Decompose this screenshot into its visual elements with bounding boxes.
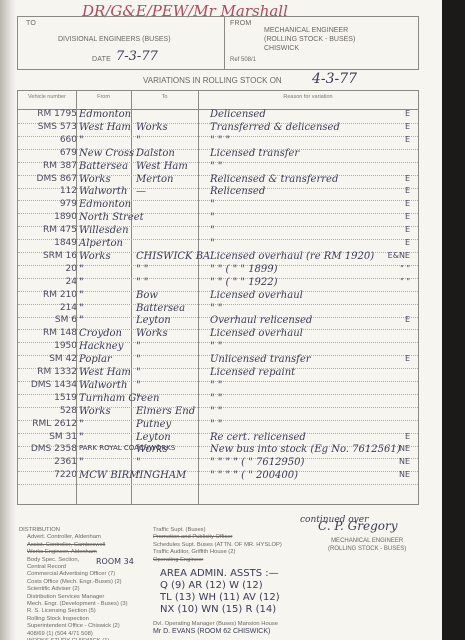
vehicle-cell: 112 [60,186,77,196]
reason-cell: Re cert. relicensed [210,432,306,443]
to-cell: " [136,135,141,146]
from-cell: " [79,303,84,314]
reason-cell: Licensed transfer [210,148,299,159]
vehicle-cell: 7220 [54,470,77,480]
to-cell: Elmers End [136,406,195,417]
vehicle-cell: DMS 1434 [31,380,77,390]
from-cell: Works [79,251,111,262]
reason-cell: " " [210,419,222,430]
to-cell: " [136,393,141,404]
code-cell: E [405,199,410,208]
area-admin-row: NX (10) WN (15) R (14) [160,604,280,616]
distribution-item: R. S. Licensing Section (5) [19,608,128,615]
reason-cell: " " [210,303,222,314]
to-cell: Works [136,444,168,455]
vehicle-cell: DMS 867 [37,174,77,184]
page-title: VARIATIONS IN ROLLING STOCK ON [143,76,282,85]
vehicle-cell: 1950 [54,341,77,351]
code-cell: E [405,186,410,195]
reason-cell: " " ( " " 1899) [210,264,278,275]
reason-cell: Relicensed & transferred [210,174,338,185]
reason-cell: Licensed repaint [210,367,295,378]
reason-cell: " " [210,161,222,172]
vehicle-cell: 528 [60,406,77,416]
table-row: 1890North Street"E [18,214,418,227]
code-cell: E [405,109,410,118]
to-cell: Putney [136,419,171,430]
vehicle-cell: 214 [60,303,77,313]
table-row: 112Walworth—RelicensedE [18,188,418,201]
vehicle-cell: 979 [60,199,77,209]
table-row: RM 475Willesden"E [18,227,418,240]
from-cell: West Ham [79,367,131,378]
from-cell: Hackney [79,341,123,352]
vehicle-cell: SM 6 [55,315,77,325]
from-cell: Croydon [79,328,122,339]
room-note: ROOM 34 [96,557,134,566]
from-cell: Walworth [79,186,127,197]
code-cell: NE [399,470,410,479]
code-cell: E [405,122,410,131]
reason-cell: " " [210,393,222,404]
vehicle-cell: 24 [66,277,77,287]
from-line: (ROLLING STOCK - BUSES) [264,35,355,44]
secondary-distribution-item: Promotion and Publicity Officer [153,534,282,541]
from-address: MECHANICAL ENGINEER (ROLLING STOCK - BUS… [264,26,355,53]
to-cell: " [136,380,141,391]
distribution-list: DISTRIBUTION Advert. Controller, Aldenha… [19,527,128,640]
vehicle-cell: RM 1795 [37,109,77,119]
vehicle-cell: 679 [60,148,77,158]
distribution-item: Mech. Engr. (Development - Buses) (3) [19,601,128,608]
vehicle-cell: RM 148 [43,328,77,338]
reason-cell: Transferred & delicensed [210,122,340,133]
code-cell: NE [399,457,410,466]
date-label: DATE [92,56,111,63]
area-admin-row: Q (9) AR (12) W (12) [160,580,280,592]
document-page: DR/G&E/PEW/Mr Marshall TO DIVISIONAL ENG… [0,0,442,640]
from-cell: New Cross [79,148,134,159]
vehicle-cell: RML 2612 [32,419,77,429]
distribution-item: Superintendent Office - Chiswick (2) [19,623,128,630]
code-cell: E [405,315,410,324]
from-cell: MCW BIRMINGHAM [79,470,186,481]
reason-cell: " " " " ( " 200400) [210,470,298,481]
binder-edge [0,0,16,640]
reason-cell: " [210,238,215,249]
from-line: CHISWICK [264,44,355,53]
distribution-heading: DISTRIBUTION [19,527,128,534]
code-cell: E [405,174,410,183]
vehicle-cell: DMS 2358 [31,444,77,454]
from-cell: " [79,135,84,146]
footer-line: Mr D. EVANS (ROOM 62 CHISWICK) [153,628,278,635]
from-line: MECHANICAL ENGINEER [264,26,355,35]
from-cell: " [79,315,84,326]
signature-title-line: (ROLLING STOCK - BUSES) [328,545,406,553]
distribution-item: 408/69 (1) (504 4/71 508) [19,631,128,638]
secondary-distribution-item: Operating Engineer [153,557,282,564]
distribution-item: Works Engineer, Aldenham [19,549,128,556]
from-cell: Edmonton [79,109,131,120]
from-cell: Walworth [79,380,127,391]
from-cell: " [79,264,84,275]
table-row: 7220MCW BIRMINGHAM"" " " " ( " 200400)NE [18,472,418,485]
vehicle-cell: RM 475 [43,225,77,235]
from-cell: Poplar [79,354,112,365]
header-divider [224,17,225,69]
reason-cell: " [210,199,215,210]
variations-table: Vehicle number From To Reason for variat… [17,90,419,505]
code-cell: E [405,432,410,441]
reason-cell: " " [210,380,222,391]
header-box: TO DIVISIONAL ENGINEERS (BUSES) DATE 7-3… [17,16,419,70]
from-cell: " [79,432,84,443]
code-cell: E [405,354,410,363]
from-cell: " [79,419,84,430]
reason-cell: " " " [210,135,230,146]
variations-date: 4-3-77 [312,71,357,87]
secondary-distribution-items: Traffic Supt. (Buses)Promotion and Publi… [153,527,282,564]
to-cell: CHISWICK BA [136,251,210,262]
to-cell: " " [136,264,148,275]
to-cell: Works [136,122,168,133]
vehicle-cell: SMS 573 [38,122,77,132]
signature: C. P. Gregory [318,519,398,533]
to-cell: " [136,470,141,481]
distribution-item: Costs Office (Mech. Engr.-Buses) (2) [19,579,128,586]
to-label: TO [26,20,36,27]
area-admin-block: AREA ADMIN. ASSTS :— Q (9) AR (12) W (12… [160,568,280,616]
to-cell: — [136,186,146,197]
from-cell: North Street [79,212,144,223]
area-admin-row: TL (13) WH (11) AV (12) [160,592,280,604]
reason-cell: Licensed overhaul [210,328,303,339]
code-cell: NE [399,444,410,453]
from-label: FROM [230,20,251,27]
vehicle-cell: 20 [66,264,77,274]
from-cell: Works [79,406,111,417]
to-cell: " [136,367,141,378]
distribution-item: Scientific Adviser (2) [19,586,128,593]
vehicle-cell: 1890 [54,212,77,222]
reason-cell: Unlicensed transfer [210,354,311,365]
vehicle-cell: 1519 [54,393,77,403]
to-cell: Bow [136,290,158,301]
to-cell: Dalston [136,148,175,159]
vehicle-cell: RM 387 [43,161,77,171]
from-cell: " [79,457,84,468]
from-cell: " [79,277,84,288]
reason-cell: " " [210,406,222,417]
from-cell: Willesden [79,225,129,236]
reference-number: Ref 508/1 [230,57,256,63]
code-cell: E [405,135,410,144]
signature-title: MECHANICAL ENGINEER (ROLLING STOCK - BUS… [328,537,406,553]
code-cell: E [405,212,410,221]
distribution-item: Distribution Services Manager [19,594,128,601]
vehicle-cell: 1849 [54,238,77,248]
to-cell: " [136,457,141,468]
signature-title-line: MECHANICAL ENGINEER [328,537,406,545]
distribution-item: Advert. Controller, Aldenham [19,534,128,541]
from-cell: Battersea [79,161,128,172]
reason-cell: Overhaul relicensed [210,315,312,326]
from-cell: " [79,290,84,301]
from-cell: West Ham [79,122,131,133]
code-cell: " " [400,264,410,273]
code-cell: " " [400,277,410,286]
reason-cell: Licensed overhaul [210,290,303,301]
reason-cell: " [210,212,215,223]
reason-cell: Delicensed [210,109,266,120]
date-value: 7-3-77 [116,49,158,64]
reason-cell: Relicensed [210,186,265,197]
distribution-item: Rolling Stock Inspection [19,616,128,623]
to-cell: " " [136,277,148,288]
to-cell: " [136,341,141,352]
reason-cell: " " ( " " 1922) [210,277,278,288]
distribution-items: Advert. Controller, AldenhamAssist. Cont… [19,534,128,640]
vehicle-cell: RM 210 [43,290,77,300]
to-cell: " [136,354,141,365]
from-cell: Edmonton [79,199,131,210]
table-row: 979Edmonton"E [18,201,418,214]
vehicle-cell: RM 1332 [37,367,77,377]
vehicle-cell: 660 [60,135,77,145]
reason-cell: New bus into stock (Eg No. 7612561) [210,444,401,455]
secondary-distribution: Traffic Supt. (Buses)Promotion and Publi… [153,527,282,564]
from-cell: Works [79,174,111,185]
code-cell: E&NE [388,251,410,260]
reason-cell: " " " " ( " 7612950) [210,457,304,468]
to-cell: Merton [136,174,173,185]
footer-lines: Dvl. Operating Manager (Buses) Mansion H… [153,621,278,636]
secondary-distribution-item: Traffic Supt. (Buses) [153,527,282,534]
to-cell: Battersea [136,303,185,314]
to-cell: Leyton [136,432,171,443]
vehicle-cell: SM 31 [49,432,77,442]
from-cell: Turnham Green [79,393,159,404]
vehicle-cell: 2361 [54,457,77,467]
code-cell: E [405,238,410,247]
to-cell: Works [136,328,168,339]
reason-cell: " [210,225,215,236]
to-value: DIVISIONAL ENGINEERS (BUSES) [58,36,171,43]
reason-cell: Licensed overhaul (re RM 1920) [210,251,374,262]
to-cell: Leyton [136,315,171,326]
area-admin-heading: AREA ADMIN. ASSTS :— [160,568,280,580]
distribution-item: Commercial Advertising Officer (7) [19,571,128,578]
secondary-distribution-item: Schedules Supt. Buses (ATTN. OF MR. HYSL… [153,542,282,549]
reason-cell: " " [210,341,222,352]
distribution-item: Assist. Controller, Cambeswell [19,542,128,549]
from-cell: Alperton [79,238,123,249]
vehicle-cell: SRM 16 [43,251,77,261]
to-cell: West Ham [136,161,188,172]
secondary-distribution-item: Traffic Auditor, Griffith House (2) [153,549,282,556]
footer-line: Dvl. Operating Manager (Buses) Mansion H… [153,621,278,628]
code-cell: E [405,225,410,234]
vehicle-cell: SM 42 [49,354,77,364]
